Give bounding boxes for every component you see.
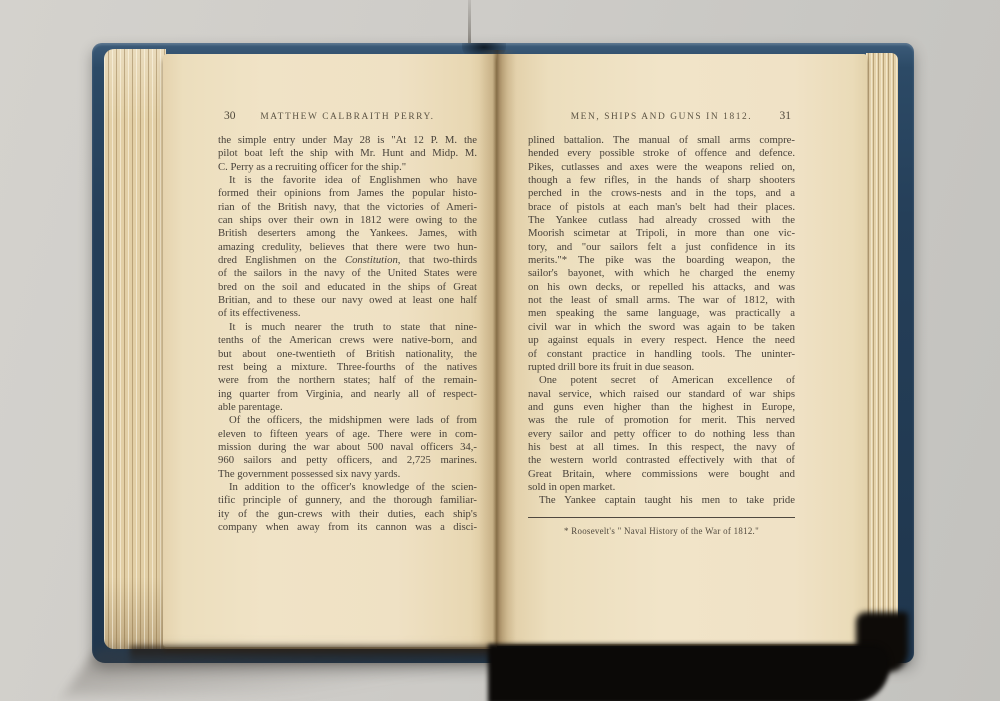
text-line: It is much nearer the truth to state tha… <box>218 321 477 334</box>
text-line: The government possessed six navy yards. <box>218 468 477 481</box>
text-line: of the sailors in the navy of the United… <box>218 267 477 280</box>
scene: 30 MATTHEW CALBRAITH PERRY. the simple e… <box>0 0 1000 701</box>
text-line: plined battalion. The manual of small ar… <box>528 134 795 147</box>
text-line: One potent secret of American excellence… <box>528 374 795 387</box>
text-line: pilot boat left the ship with Mr. Hunt a… <box>218 147 477 160</box>
text-line: was the rule of promotion for merit. Thi… <box>528 414 795 427</box>
text-line: rest being a mixture. Three-fourths of t… <box>218 361 477 374</box>
text-line: dred Englishmen on the Constitution, tha… <box>218 254 477 267</box>
right-page-text: plined battalion. The manual of small ar… <box>528 134 795 508</box>
text-line: every sailor and petty officer to do not… <box>528 428 795 441</box>
running-title-right: MEN, SHIPS AND GUNS IN 1812. <box>528 112 795 122</box>
footnote: * Roosevelt's " Naval History of the War… <box>528 526 795 536</box>
text-line: were from the northern states; half of t… <box>218 374 477 387</box>
left-page-edges <box>104 49 166 649</box>
text-line: able parentage. <box>218 401 477 414</box>
text-line: can ships over their own in 1812 were ow… <box>218 214 477 227</box>
text-line: the western world contrasted effectively… <box>528 454 795 467</box>
text-line: naval service, which raised our standard… <box>528 388 795 401</box>
text-line: civil war in which the sword was again t… <box>528 321 795 334</box>
right-page-edges <box>866 53 898 647</box>
text-line: not the least of small arms. The war of … <box>528 294 795 307</box>
text-line: eleven to fifteen years of age. There we… <box>218 428 477 441</box>
text-line: ing quarter from Virginia, and nearly al… <box>218 388 477 401</box>
running-header-left: 30 MATTHEW CALBRAITH PERRY. <box>218 112 477 126</box>
text-line: though a few rifles, in the hands of sha… <box>528 174 795 187</box>
text-line: ity of the gun-crews with their duties, … <box>218 508 477 521</box>
text-line: merits."* The pike was the boarding weap… <box>528 254 795 267</box>
text-line: Of the officers, the midshipmen were lad… <box>218 414 477 427</box>
text-line: The Yankee captain taught his men to tak… <box>528 494 795 507</box>
text-line: British deserters among the Yankees. Jam… <box>218 227 477 240</box>
text-line: and guns even higher than the highest in… <box>528 401 795 414</box>
text-line: Pikes, cutlasses and axes were the weapo… <box>528 161 795 174</box>
text-line: rupted drill bore its fruit in due seaso… <box>528 361 795 374</box>
text-line: 960 sailors and petty officers, and 2,72… <box>218 454 477 467</box>
footnote-rule <box>528 517 795 518</box>
text-line: rian of the British navy, that the victo… <box>218 201 477 214</box>
text-line: tory, and "our sailors felt a just confi… <box>528 241 795 254</box>
text-line: company when away from its cannon was a … <box>218 521 477 534</box>
page-number-left: 30 <box>224 110 236 122</box>
text-line: of constant practice in handling tools. … <box>528 348 795 361</box>
backdrop-seam <box>468 0 471 46</box>
text-line: his best at all times. In this respect, … <box>528 441 795 454</box>
cast-shadow-main <box>488 644 890 701</box>
cast-shadow-left <box>130 646 495 666</box>
text-line: hended every possible stroke of offence … <box>528 147 795 160</box>
text-line: formed their opinions from James the pop… <box>218 187 477 200</box>
text-line: amazing credulity, believes that there w… <box>218 241 477 254</box>
text-line: up against equals in every respect. Henc… <box>528 334 795 347</box>
text-line: C. Perry as a recruiting officer for the… <box>218 161 477 174</box>
text-line: on his own decks, or repelled his attack… <box>528 281 795 294</box>
text-line: of its effectiveness. <box>218 307 477 320</box>
running-header-right: MEN, SHIPS AND GUNS IN 1812. 31 <box>528 112 795 126</box>
text-line: Great Britain, where commissions were bo… <box>528 468 795 481</box>
gutter-shadow <box>479 50 517 648</box>
left-page-text: the simple entry under May 28 is "At 12 … <box>218 134 477 534</box>
text-line: bred on the soil and educated in the shi… <box>218 281 477 294</box>
text-line: In addition to the officer's knowledge o… <box>218 481 477 494</box>
text-line: brace of pistols at each man's belt had … <box>528 201 795 214</box>
text-line: perched in the crows-nests and in the to… <box>528 187 795 200</box>
text-line: the simple entry under May 28 is "At 12 … <box>218 134 477 147</box>
text-line: Moorish scimetar at Tripoli, in more tha… <box>528 227 795 240</box>
text-line: Britian, and to these our navy owed at l… <box>218 294 477 307</box>
text-line: sold in open market. <box>528 481 795 494</box>
text-line: tific principle of gunnery, and the thor… <box>218 494 477 507</box>
text-line: It is the favorite idea of Englishmen wh… <box>218 174 477 187</box>
text-line: mission during the war about 500 naval o… <box>218 441 477 454</box>
page-number-right: 31 <box>780 110 792 122</box>
running-title-left: MATTHEW CALBRAITH PERRY. <box>218 112 477 122</box>
text-line: but about one-twentieth of British natio… <box>218 348 477 361</box>
text-line: The Yankee cutlass had already crossed w… <box>528 214 795 227</box>
text-line: tenths of the American crews were native… <box>218 334 477 347</box>
text-line: men speaking the same language, was prac… <box>528 307 795 320</box>
text-line: sailor's bayonet, with which he charged … <box>528 267 795 280</box>
